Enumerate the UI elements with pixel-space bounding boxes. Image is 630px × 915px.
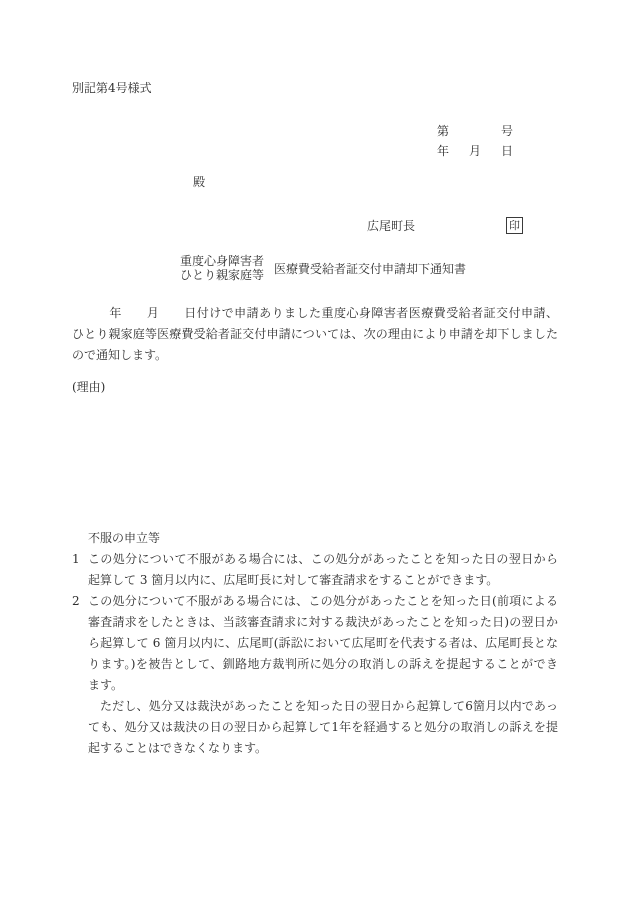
appeal-item-2-line: この処分について不服がある場合には、この処分があったことを知った日(前項による xyxy=(88,591,558,612)
recipient-line: 殿 xyxy=(193,174,558,190)
date-month-label: 月 xyxy=(469,143,481,159)
document-content: 別記第4号様式 第 号 年 月 日 殿 広尾町長 印 重度心身障害者 ひとり親家… xyxy=(0,80,630,759)
document-number-prefix: 第 xyxy=(437,123,449,139)
appeal-section: 不服の申立等 1 この処分について不服がある場合には、この処分があったことを知っ… xyxy=(72,528,558,759)
appeal-item-2-line: 審査請求をしたときは、当該審査請求に対する裁決があったことを知った日)の翌日か xyxy=(88,612,558,633)
appeal-note-line: ても、処分又は裁決の日の翌日から起算して1年を経過すると処分の取消しの訴えを提 xyxy=(88,717,558,738)
seal-mark: 印 xyxy=(506,217,523,234)
document-page: 別記第4号様式 第 号 年 月 日 殿 広尾町長 印 重度心身障害者 ひとり親家… xyxy=(0,0,630,915)
appeal-item-1-line: この処分について不服がある場合には、この処分があったことを知った日の翌日から xyxy=(88,549,558,570)
reason-label: (理由) xyxy=(72,379,558,395)
appeal-item-2-line: ます。 xyxy=(88,675,558,696)
issuer-name: 広尾町長 xyxy=(367,218,415,234)
document-title: 重度心身障害者 ひとり親家庭等 医療費受給者証交付申請却下通知書 xyxy=(180,254,558,282)
appeal-item-1-line: 起算して 3 箇月以内に、広尾町長に対して審査請求をすることができます。 xyxy=(88,570,558,591)
form-number-label: 別記第4号様式 xyxy=(72,80,558,96)
body-paragraph: 年 月 日付けで申請ありました重度心身障害者医療費受給者証交付申請、 ひとり親家… xyxy=(72,303,558,366)
appeal-item-1: 1 この処分について不服がある場合には、この処分があったことを知った日の翌日から… xyxy=(72,549,558,591)
document-number-suffix: 号 xyxy=(501,123,513,139)
appeal-note-line: ただし、処分又は裁決があったことを知った日の翌日から起算して6箇月以内であっ xyxy=(88,696,558,717)
appeal-item-2-line: ります。)を被告として、釧路地方裁判所に処分の取消しの訴えを提起することができ xyxy=(88,654,558,675)
title-left-line1: 重度心身障害者 xyxy=(180,254,264,268)
body-line: ので通知します。 xyxy=(72,345,558,366)
appeal-item-2-line: ら起算して 6 箇月以内に、広尾町(訴訟において広尾町を代表する者は、広尾町長と… xyxy=(88,633,558,654)
body-line: ひとり親家庭等医療費受給者証交付申請については、次の理由により申請を却下しました xyxy=(72,324,558,345)
body-line: 年 月 日付けで申請ありました重度心身障害者医療費受給者証交付申請、 xyxy=(72,303,558,324)
issuer-line: 広尾町長 印 xyxy=(367,217,558,234)
appeal-item-1-number: 1 xyxy=(72,549,80,570)
date-year-label: 年 xyxy=(437,143,449,159)
appeal-item-2: 2 この処分について不服がある場合には、この処分があったことを知った日(前項によ… xyxy=(72,591,558,696)
recipient-honorific: 殿 xyxy=(193,175,205,189)
date-day-label: 日 xyxy=(501,143,513,159)
appeal-note: ただし、処分又は裁決があったことを知った日の翌日から起算して6箇月以内であっ て… xyxy=(72,696,558,759)
title-main: 医療費受給者証交付申請却下通知書 xyxy=(274,260,466,277)
title-left-line2: ひとり親家庭等 xyxy=(180,268,264,282)
appeal-item-2-number: 2 xyxy=(72,591,80,612)
appeal-heading: 不服の申立等 xyxy=(72,528,558,549)
title-left-stack: 重度心身障害者 ひとり親家庭等 xyxy=(180,254,264,282)
document-number-line: 第 号 xyxy=(437,123,513,139)
document-date-line: 年 月 日 xyxy=(437,143,513,159)
appeal-note-line: 起することはできなくなります。 xyxy=(88,738,558,759)
